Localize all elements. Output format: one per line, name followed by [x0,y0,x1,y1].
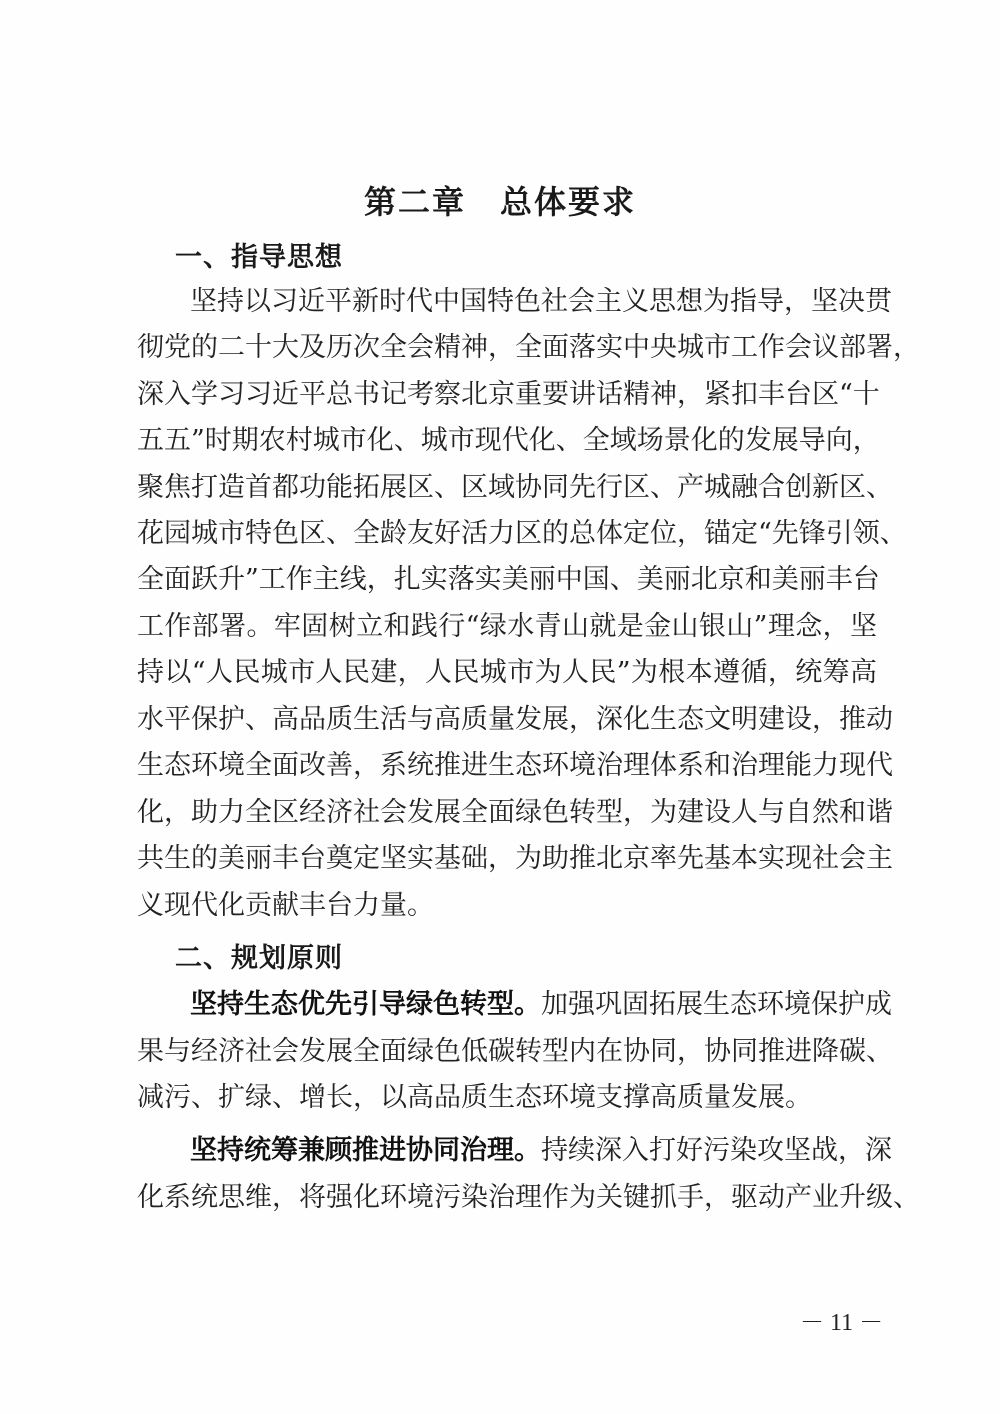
paragraph-line: 五五”时期农村城市化、城市现代化、全域场景化的发展导向， [137,421,877,461]
paragraph-line: 工作部署。牢固树立和践行“绿水青山就是金山银山”理念，坚 [137,607,877,647]
paragraph-line: 坚持以习近平新时代中国特色社会主义思想为指导，坚决贯 [190,282,877,322]
paragraph-line: 花园城市特色区、全龄友好活力区的总体定位，锚定“先锋引领、 [137,514,877,554]
paragraph-line: 化系统思维，将强化环境污染治理作为关键抓手，驱动产业升级、 [137,1178,877,1218]
chapter-title: 第二章 总体要求 [0,180,1000,224]
paragraph-line: 坚持统筹兼顾推进协同治理。持续深入打好污染攻坚战，深 [190,1131,877,1171]
principle-title: 坚持统筹兼顾推进协同治理。 [190,1135,541,1166]
paragraph-line: 深入学习习近平总书记考察北京重要讲话精神，紧扣丰台区“十 [137,375,877,415]
section-heading-guiding-ideology: 一、指导思想 [175,238,343,278]
section-heading-planning-principles: 二、规划原则 [175,939,343,979]
paragraph-line: 义现代化贡献丰台力量。 [137,886,877,926]
paragraph-line: 化，助力全区经济社会发展全面绿色转型，为建设人与自然和谐 [137,793,877,833]
paragraph-line: 全面跃升”工作主线，扎实落实美丽中国、美丽北京和美丽丰台 [137,560,877,600]
paragraph-line: 生态环境全面改善，系统推进生态环境治理体系和治理能力现代 [137,746,877,786]
principle-title: 坚持生态优先引导绿色转型。 [190,989,541,1020]
paragraph-line: 持以“人民城市人民建，人民城市为人民”为根本遵循，统筹高 [137,653,877,693]
paragraph-line: 坚持生态优先引导绿色转型。加强巩固拓展生态环境保护成 [190,985,877,1025]
principle-text: 持续深入打好污染攻坚战，深 [541,1135,892,1166]
paragraph-line: 聚焦打造首都功能拓展区、区域协同先行区、产城融合创新区、 [137,468,877,508]
page-number: － 11 － [800,1307,880,1339]
principle-text: 加强巩固拓展生态环境保护成 [541,989,892,1020]
paragraph-line: 水平保护、高品质生活与高质量发展，深化生态文明建设，推动 [137,700,877,740]
paragraph-line: 彻党的二十大及历次全会精神，全面落实中央城市工作会议部署， [137,328,877,368]
document-page: 第二章 总体要求 一、指导思想 坚持以习近平新时代中国特色社会主义思想为指导，坚… [0,0,1000,1414]
paragraph-line: 共生的美丽丰台奠定坚实基础，为助推北京率先基本实现社会主 [137,839,877,879]
paragraph-line: 果与经济社会发展全面绿色低碳转型内在协同，协同推进降碳、 [137,1032,877,1072]
paragraph-line: 减污、扩绿、增长，以高品质生态环境支撑高质量发展。 [137,1078,877,1118]
